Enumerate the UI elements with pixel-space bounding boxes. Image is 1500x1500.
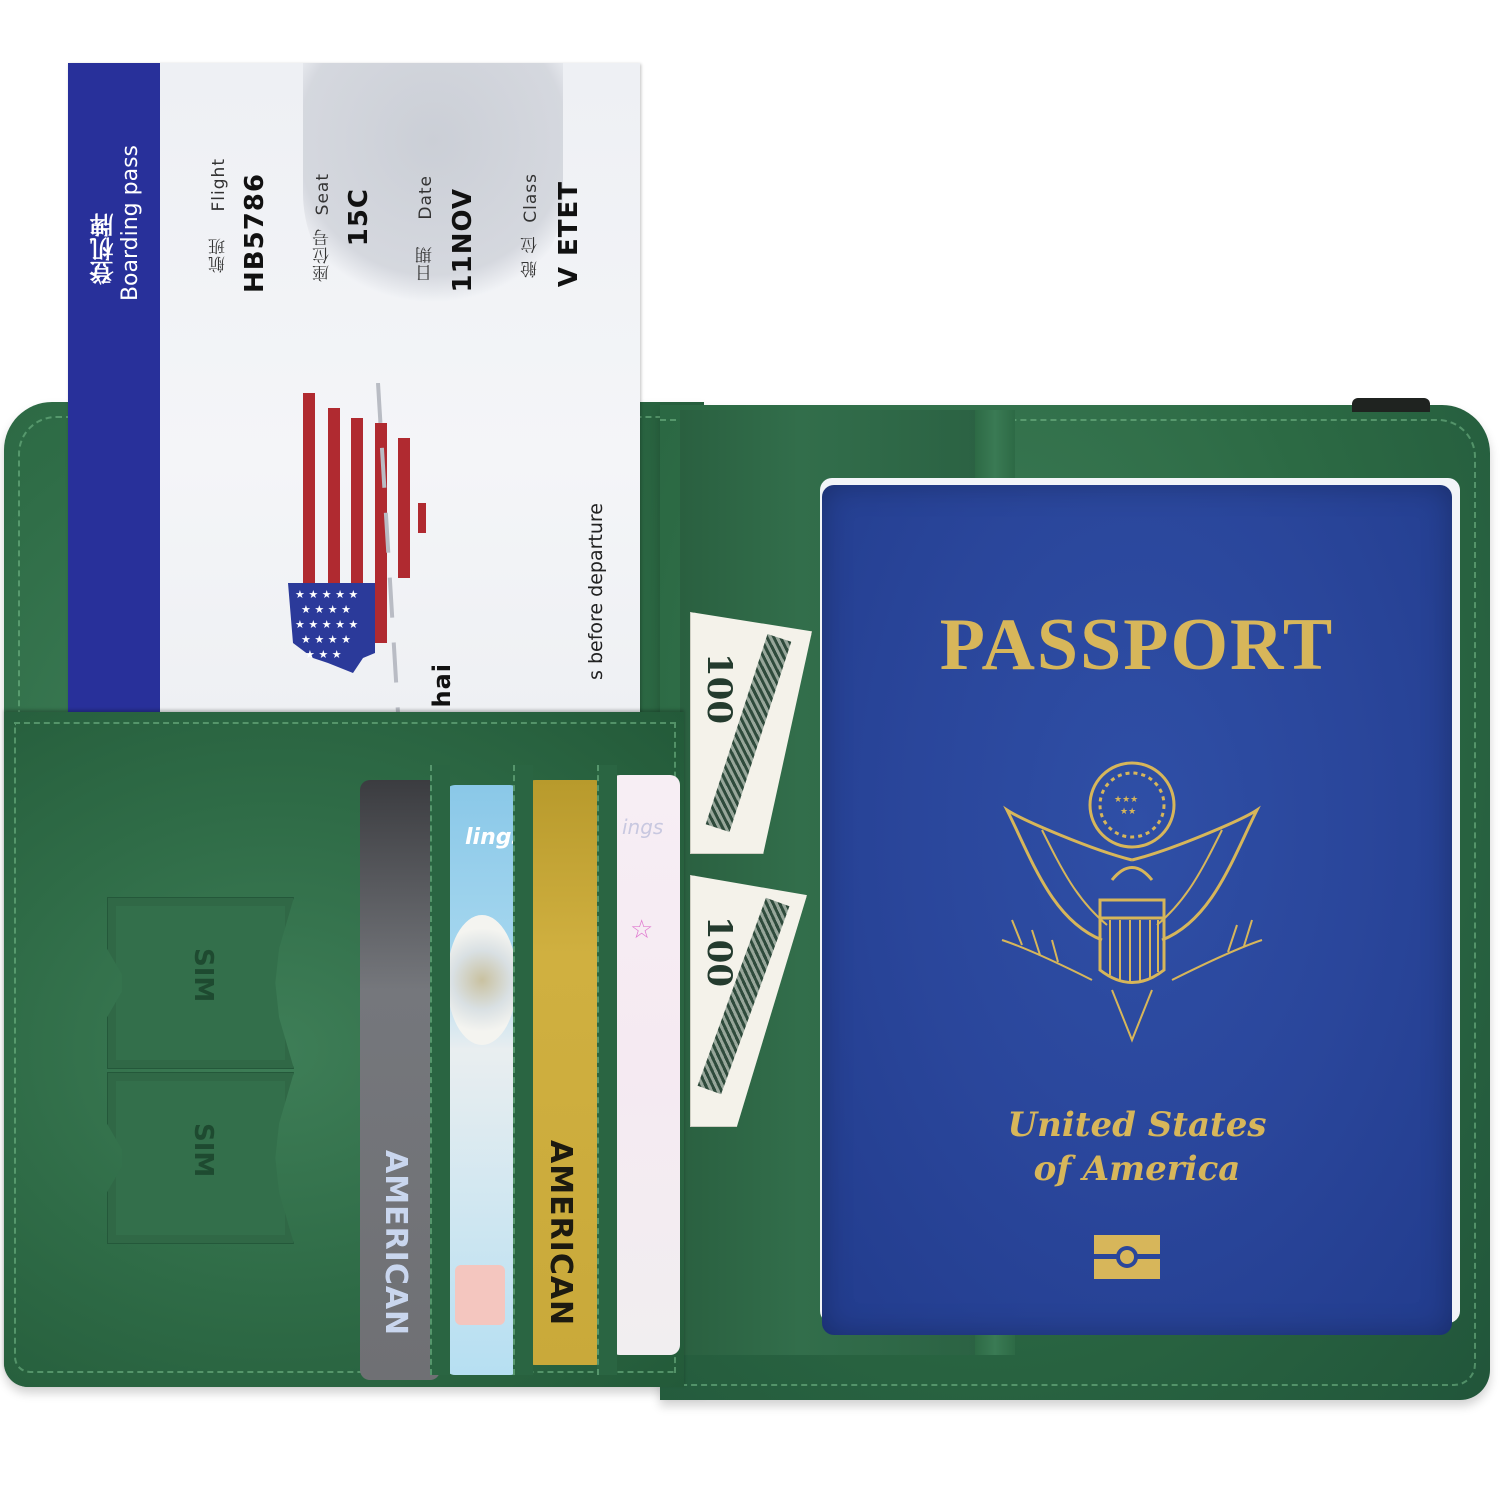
boarding-note: s before departure [585,503,607,680]
class-value: V ETET [554,181,584,287]
credit-card-blue[interactable]: lings [445,785,520,1375]
seat-value: 15C [344,188,374,246]
boarding-pass-title-en: Boarding pass [118,145,143,301]
date-label: 日期 Date [413,175,438,281]
credit-card-gray[interactable]: AMERICAN [360,780,440,1380]
passport-title: PASSPORT [822,603,1452,688]
strap-tab [1352,398,1430,412]
us-flag-map-graphic: ★ ★ ★ ★ ★ ★ ★ ★ ★ ★ ★ ★ ★ ★ ★ ★ ★ ★ ★ ★ … [283,383,443,713]
svg-text:★ ★ ★ ★ ★: ★ ★ ★ ★ ★ [295,588,358,601]
credit-card-white[interactable]: ings ☆ [610,775,680,1355]
biometric-chip-icon [1094,1235,1160,1279]
svg-text:★ ★ ★ ★ ★: ★ ★ ★ ★ ★ [295,618,358,631]
boarding-pass-title-cn: 登机牌 [86,213,121,285]
date-value: 11NOV [448,188,478,292]
svg-text:★★: ★★ [1120,807,1136,817]
seat-label: 座位号 Seat [310,173,335,282]
card-brand-text: lings [465,825,520,850]
us-passport[interactable]: PASSPORT ★★★★★ United States of America [822,485,1452,1335]
card-slot-divider [513,765,533,1375]
svg-text:★★★: ★★★ [1114,795,1138,805]
sim-card-holder[interactable]: SIM [107,897,294,1069]
flight-label: 航班 Flight [206,158,231,273]
svg-text:★ ★ ★ ★: ★ ★ ★ ★ [301,633,351,646]
destination-partial: hai [428,663,456,708]
card-slot-divider [597,765,617,1375]
svg-text:★ ★ ★: ★ ★ ★ [305,648,342,661]
unionpay-logo [455,1265,505,1325]
sim-label: SIM [188,948,218,1002]
sim-card-holder[interactable]: SIM [107,1072,294,1244]
passport-country-line1: United States [822,1105,1452,1145]
card-brand-text: ings [622,815,663,839]
boarding-pass-stripe [68,63,160,723]
svg-text:★ ★ ★ ★: ★ ★ ★ ★ [301,603,351,616]
great-seal-emblem: ★★★★★ [982,750,1282,1050]
star-decoration: ☆ [630,915,653,945]
passport-country-line2: of America [822,1149,1452,1189]
boarding-pass[interactable]: 登机牌 Boarding pass 航班 Flight HB5786 座位号 S… [68,63,640,723]
flight-value: HB5786 [240,173,270,293]
card-graphic [447,915,517,1045]
credit-card-gold[interactable]: AMERICAN [525,780,605,1365]
card-slots: AMERICAN lings AMERICAN ings ☆ [345,765,680,1080]
sim-label: SIM [188,1123,218,1177]
class-label: 舱 位 Class [518,173,543,278]
card-slot-divider [430,765,450,1375]
